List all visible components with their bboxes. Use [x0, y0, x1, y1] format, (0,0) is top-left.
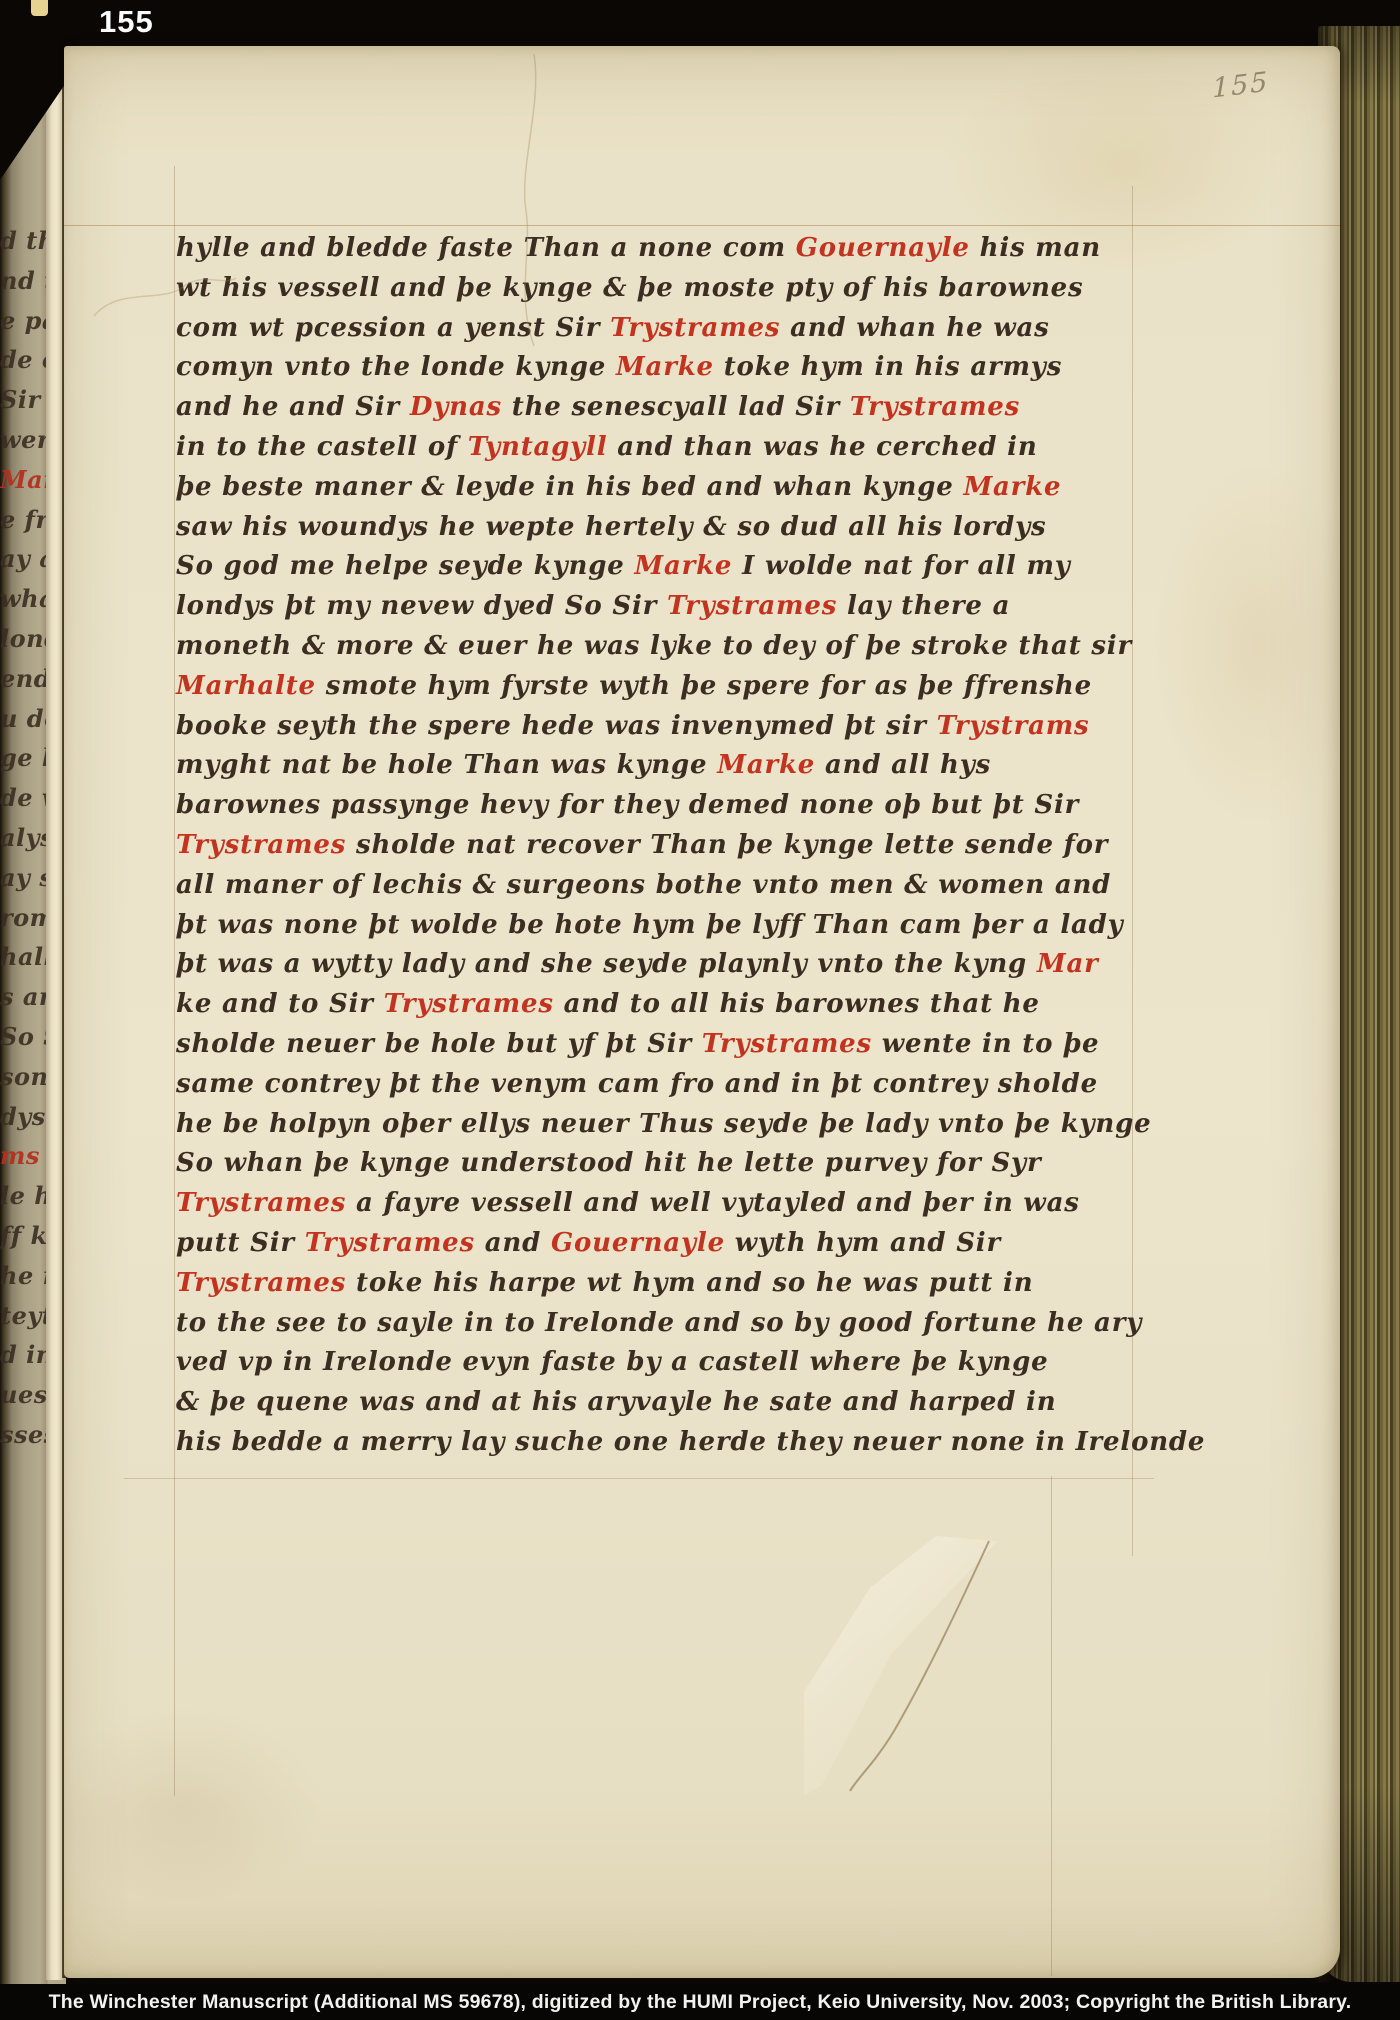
manuscript-line: þt was none þt wolde be hote hym þe lyff…: [176, 906, 1196, 946]
manuscript-line: moneth & more & euer he was lyke to dey …: [176, 627, 1196, 667]
margin-fragment-line: ms herde wt: [0, 1136, 46, 1176]
margin-fragment-line: de wt sore w: [0, 778, 46, 818]
manuscript-page: 155 hylle and bledde faste Than a none c…: [64, 46, 1340, 1978]
manuscript-line: he be holpyn oþer ellys neuer Thus seyde…: [176, 1105, 1196, 1145]
manuscript-line: barownes passynge hevy for they demed no…: [176, 786, 1196, 826]
margin-fragment-line: uesse spyrr a: [0, 1375, 46, 1415]
margin-fragment-line: u dofte hym: [0, 699, 46, 739]
manuscript-line: wt his vessell and þe kynge & þe moste p…: [176, 269, 1196, 309]
digitized-manuscript-photo: d thorow þ ond the swore panne þ sde or …: [0, 0, 1400, 2020]
margin-fragment-line: d thorow þ o: [0, 221, 46, 261]
manuscript-line: to the see to sayle in to Irelonde and s…: [176, 1304, 1196, 1344]
margin-fragment-line: ende & sir kny: [0, 659, 46, 699]
manuscript-line: Trystrames sholde nat recover Than þe ky…: [176, 826, 1196, 866]
caption-text: The Winchester Manuscript (Additional MS…: [49, 1991, 1352, 2014]
manuscript-line: hylle and bledde faste Than a none com G…: [176, 229, 1196, 269]
margin-fragment-line: d in a dyffe: [0, 1335, 46, 1375]
text-block: hylle and bledde faste Than a none com G…: [176, 229, 1196, 1463]
manuscript-line: myght nat be hole Than was kynge Marke a…: [176, 746, 1196, 786]
margin-fragment-line: de or en he: [0, 340, 46, 380]
margin-fragment-line: ay and Sir: [0, 539, 46, 579]
manuscript-line: in to the castell of Tyntagyll and than …: [176, 428, 1196, 468]
ruling-line-top: [64, 225, 1340, 226]
margin-fragment-line: werde lefte: [0, 420, 46, 460]
manuscript-line: londys þt my nevew dyed So Sir Trystrame…: [176, 587, 1196, 627]
manuscript-line: Trystrames a fayre vessell and well vyta…: [176, 1184, 1196, 1224]
margin-fragment-line: teyth was w: [0, 1296, 46, 1336]
ruling-line-left: [174, 166, 175, 1796]
manuscript-line: So god me helpe seyde kynge Marke I wold…: [176, 547, 1196, 587]
previous-page-text-fragments: d thorow þ ond the swore panne þ sde or …: [0, 221, 46, 1491]
manuscript-line: all maner of lechis & surgeons bothe vnt…: [176, 866, 1196, 906]
manuscript-line: þt was a wytty lady and she seyde playnl…: [176, 945, 1196, 985]
margin-fragment-line: londe a lit: [0, 619, 46, 659]
page-curl-edge: [46, 40, 63, 1980]
page-crease: [1051, 1476, 1052, 1976]
margin-fragment-line: alys Sir Ma: [0, 818, 46, 858]
margin-fragment-line: sone as he c: [0, 1057, 46, 1097]
manuscript-line: ke and to Sir Trystrames and to all his …: [176, 985, 1196, 1025]
repair-patch: [804, 1536, 1024, 1796]
manuscript-line: and he and Sir Dynas the senescyall lad …: [176, 388, 1196, 428]
margin-fragment-line: hall I were n: [0, 937, 46, 977]
manuscript-line: booke seyth the spere hede was invenymed…: [176, 707, 1196, 747]
manuscript-line: his bedde a merry lay suche one herde th…: [176, 1423, 1196, 1463]
margin-fragment-line: ay sore wou: [0, 858, 46, 898]
margin-fragment-line: he myght: [0, 1256, 46, 1296]
manuscript-line: putt Sir Trystrames and Gouernayle wyth …: [176, 1224, 1196, 1264]
manuscript-line: ved vp in Irelonde evyn faste by a caste…: [176, 1343, 1196, 1383]
manuscript-line: & þe quene was and at his aryvayle he sa…: [176, 1383, 1196, 1423]
manuscript-line: same contrey þt the venym cam fro and in…: [176, 1065, 1196, 1105]
folio-label: 155: [99, 4, 154, 40]
margin-fragment-line: nd the swor: [0, 261, 46, 301]
manuscript-line: sholde neuer be hole but yf þt Sir Tryst…: [176, 1025, 1196, 1065]
caption-bar: The Winchester Manuscript (Additional MS…: [0, 1984, 1400, 2020]
margin-fragment-line: So Sir Marhal: [0, 1017, 46, 1057]
pencil-folio-number: 155: [1212, 66, 1270, 104]
ruling-line-bottom: [124, 1478, 1154, 1479]
manuscript-line: So whan þe kynge understood hit he lette…: [176, 1144, 1196, 1184]
manuscript-line: Marhalte smote hym fyrste wyth þe spere …: [176, 667, 1196, 707]
binding-tab: [31, 0, 48, 16]
margin-fragment-line: Sir Marhalte: [0, 380, 46, 420]
margin-fragment-line: ff kepte he: [0, 1216, 46, 1256]
margin-fragment-line: romyse þ th: [0, 898, 46, 938]
margin-fragment-line: whan he Try: [0, 579, 46, 619]
manuscript-line: com wt pcession a yenst Sir Trystrames a…: [176, 309, 1196, 349]
margin-fragment-line: le hole hy: [0, 1176, 46, 1216]
manuscript-line: Trystrames toke his harpe wt hym and so …: [176, 1264, 1196, 1304]
manuscript-line: comyn vnto the londe kynge Marke toke hy…: [176, 348, 1196, 388]
margin-fragment-line: ge kyngh m: [0, 738, 46, 778]
manuscript-line: saw his woundys he wepte hertely & so du…: [176, 508, 1196, 548]
margin-fragment-line: e frome hy: [0, 500, 46, 540]
manuscript-line: þe beste maner & leyde in his bed and wh…: [176, 468, 1196, 508]
margin-fragment-line: Marhalte w: [0, 460, 46, 500]
margin-fragment-line: s and in the h: [0, 977, 46, 1017]
margin-fragment-line: e panne þ s: [0, 301, 46, 341]
margin-fragment-line: dys and wha: [0, 1097, 46, 1137]
margin-fragment-line: ssestely dep: [0, 1415, 46, 1455]
